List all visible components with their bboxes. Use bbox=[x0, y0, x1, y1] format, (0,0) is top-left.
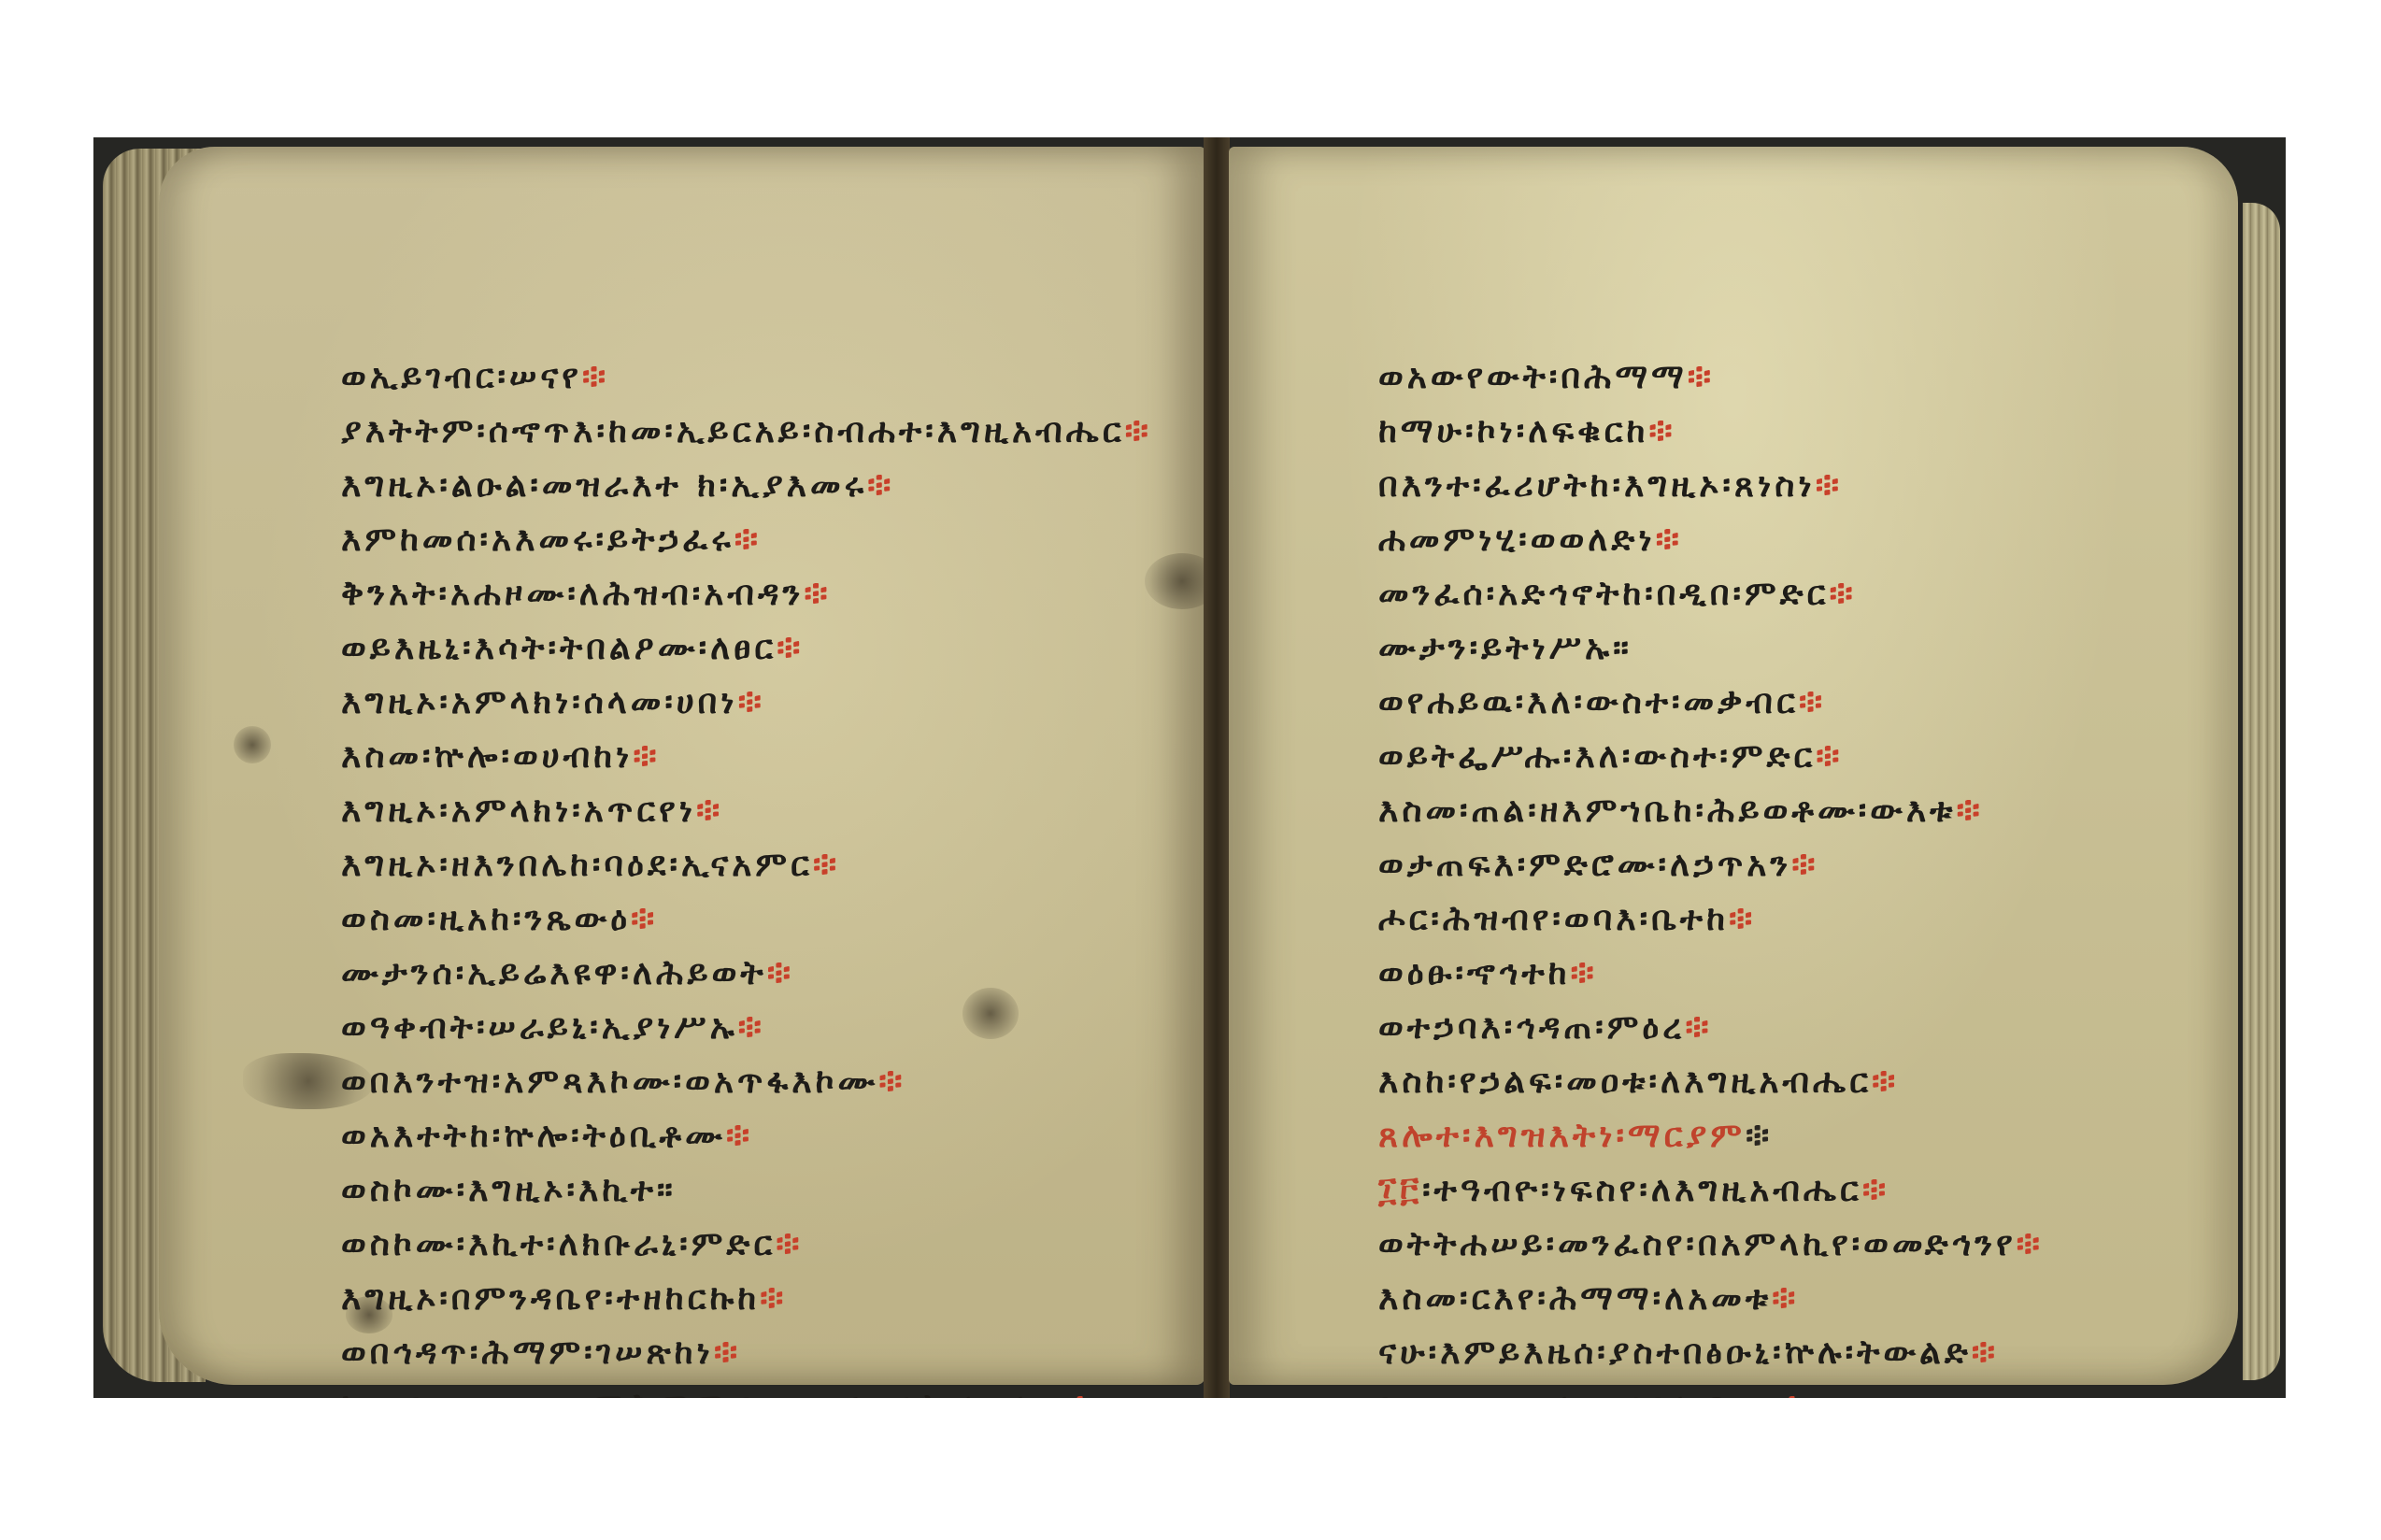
section-mark: ፨ bbox=[631, 900, 658, 938]
text-line: ወትትሐሠይ፡መንፈስየ፡በአምላኪየ፡ወመድኅንየ፨ bbox=[1378, 1218, 2044, 1272]
text-block-edge-right bbox=[2243, 203, 2280, 1380]
section-mark: ፨ bbox=[1816, 466, 1843, 505]
text-line: ወስኮሙ፡እኪተ፡ለክቡራኒ፡ምድር፨ bbox=[341, 1218, 1152, 1272]
section-mark: ፨ bbox=[1872, 1062, 1899, 1101]
text-line: እስመ፡ኵሎ፡ወሀብከነ፨ bbox=[341, 730, 1152, 784]
section-mark: ፨ bbox=[1685, 1008, 1712, 1047]
section-mark: ፨ bbox=[1956, 791, 1983, 830]
section-mark: ፨ bbox=[867, 466, 894, 505]
text-line: እስመ፡ገብረ፡ሊተ፡ኃይለ፡ዓቢየ፨ bbox=[1378, 1380, 2044, 1398]
left-page-text: ወኢይገብር፡ሠናየ፨ ያእትትም፡ሰኆጥእ፡ከመ፡ኢይርአይ፡ስብሐተ፡እግዚ… bbox=[341, 350, 1152, 1398]
text-line: ወስኮሙ፡እግዚኦ፡እኪተ። bbox=[341, 1163, 1152, 1218]
section-mark: ፨ bbox=[738, 683, 765, 721]
rubric-heading: ጸሎተ፡እግዝእትነ፡ማርያም፨ bbox=[1378, 1109, 2044, 1163]
text-line: እግዚኦ፡አምላክነ፡ሰላመ፡ሀበነ፨ bbox=[341, 676, 1152, 730]
text-line: ሙታን፡ይትነሥኡ። bbox=[1378, 621, 2044, 676]
text-line: እስመ፡ጠል፡ዘእምኀቤከ፡ሕይወቶሙ፡ውእቱ፨ bbox=[1378, 784, 2044, 838]
text-line: እግዚኦ፡ዘእንበሌከ፡ባዕደ፡ኢናአምር፨ bbox=[341, 838, 1152, 892]
section-mark: ፨ bbox=[726, 1117, 753, 1155]
text-line: ናሁ፡እምይእዜሰ፡ያስተበፅዑኒ፡ኵሉ፡ትውልድ፨ bbox=[1378, 1326, 2044, 1380]
text-line: ቅንአት፡አሐዞሙ፡ለሕዝብ፡አብዳን፨ bbox=[341, 567, 1152, 621]
section-mark: ፨ bbox=[1780, 1388, 1807, 1398]
section-mark: ፨ bbox=[767, 954, 794, 992]
text-line: ወዓቀብት፡ሠራይኒ፡ኢያነሥኡ፨ bbox=[341, 1001, 1152, 1055]
section-mark: ፨ bbox=[1656, 520, 1683, 559]
text-line: ወአእተትከ፡ኵሎ፡ትዕቢቶሙ፨ bbox=[341, 1109, 1152, 1163]
section-mark: ፨ bbox=[1688, 358, 1715, 396]
section-mark: ፨ bbox=[1799, 683, 1826, 721]
text-line: በእንተ፡ፈሪሆትከ፡እግዚኦ፡ጸነስነ፨ bbox=[1378, 459, 2044, 513]
text-line: እምከመሰ፡አእመሩ፡ይትኃፈሩ፨ bbox=[341, 513, 1152, 567]
text-line: እግዚኦ፡ልዑል፡መዝራእተ ክ፡ኢያእመሩ፨ bbox=[341, 459, 1152, 513]
section-mark: ፨ bbox=[878, 1062, 905, 1101]
text-line: ወተኃባእ፡ኅዳጠ፡ምዕረ፨ bbox=[1378, 1001, 2044, 1055]
left-page: ወኢይገብር፡ሠናየ፨ ያእትትም፡ሰኆጥእ፡ከመ፡ኢይርአይ፡ስብሐተ፡እግዚ… bbox=[159, 147, 1205, 1385]
manuscript-photo: ወኢይገብር፡ሠናየ፨ ያእትትም፡ሰኆጥእ፡ከመ፡ኢይርአይ፡ስብሐተ፡እግዚ… bbox=[93, 137, 2286, 1398]
text-line: እስመ፡ርእየ፡ሕማማ፡ለአመቱ፨ bbox=[1378, 1272, 2044, 1326]
right-page: 154 ወአውየውት፡በሕማማ፨ ከማሁ፡ኮነ፡ለፍቁርከ፨ በእንተ፡ፈሪሆት… bbox=[1229, 147, 2238, 1385]
section-mark: ፨ bbox=[1571, 954, 1598, 992]
text-line: ወአውየውት፡በሕማማ፨ bbox=[1378, 350, 2044, 405]
section-mark: ፨ bbox=[1068, 1388, 1095, 1398]
section-mark: ፨ bbox=[1791, 846, 1818, 884]
text-line: ወይትፌሥሑ፡እለ፡ውስተ፡ምድር፨ bbox=[1378, 730, 2044, 784]
section-mark: ፨ bbox=[1862, 1171, 1889, 1209]
text-line: ወበኅዳጥ፡ሕማም፡ገሠጽከነ፨ bbox=[341, 1326, 1152, 1380]
text-line: ወየሐይዉ፡እለ፡ውስተ፡መቃብር፨ bbox=[1378, 676, 2044, 730]
section-mark: ፨ bbox=[804, 575, 831, 613]
text-line: ወታጠፍእ፡ምድሮሙ፡ለኃጥአን፨ bbox=[1378, 838, 2044, 892]
section-mark: ፨ bbox=[1729, 900, 1756, 938]
section-mark: ፨ bbox=[777, 629, 804, 667]
full-stop: ። bbox=[657, 1171, 677, 1209]
section-mark: ፨ bbox=[1648, 412, 1675, 450]
text-line: ፲፫፡ተዓብዮ፡ነፍስየ፡ለእግዚአብሔር፨ bbox=[1378, 1163, 2044, 1218]
section-mark: ፨ bbox=[813, 846, 840, 884]
verse-number: ፲፫ bbox=[1378, 1171, 1422, 1209]
text-line: ከማሁ፡ኮነ፡ለፍቁርከ፨ bbox=[1378, 405, 2044, 459]
text-line: ያእትትም፡ሰኆጥእ፡ከመ፡ኢይርአይ፡ስብሐተ፡እግዚአብሔር፨ bbox=[341, 405, 1152, 459]
section-mark: ፨ bbox=[1972, 1333, 1999, 1372]
text-line: ከመ፡እንተ፡ውስተ፡ማሕምም፡እንተ፡አልጸቀት፡ለወሊድ፨ bbox=[341, 1380, 1152, 1398]
text-line: እስከ፡የኃልፍ፡መዐቱ፡ለእግዚአብሔር፨ bbox=[1378, 1055, 2044, 1109]
section-mark: ፨ bbox=[734, 520, 762, 559]
section-mark: ፨ bbox=[1829, 575, 1856, 613]
section-mark: ፨ bbox=[2017, 1225, 2044, 1263]
text-line: እግዚኦ፡በምንዳቤየ፡ተዘከርኩከ፨ bbox=[341, 1272, 1152, 1326]
text-line: ወዕፁ፡ኆኅተከ፨ bbox=[1378, 947, 2044, 1001]
right-page-text: ወአውየውት፡በሕማማ፨ ከማሁ፡ኮነ፡ለፍቁርከ፨ በእንተ፡ፈሪሆትከ፡እግ… bbox=[1378, 350, 2044, 1398]
text-line: ወስመ፡ዚአከ፡ንጼውዕ፨ bbox=[341, 892, 1152, 947]
text-line: ወይእዜኒ፡እሳት፡ትበልዖሙ፡ለፀር፨ bbox=[341, 621, 1152, 676]
text-line: ሐመምነሂ፡ወወለድነ፨ bbox=[1378, 513, 2044, 567]
text-line: ሖር፡ሕዝብየ፡ወባእ፡ቤተከ፨ bbox=[1378, 892, 2044, 947]
text-line: እግዚኦ፡አምላክነ፡አጥርየነ፨ bbox=[341, 784, 1152, 838]
section-mark: ፨ bbox=[582, 358, 609, 396]
book-gutter bbox=[1204, 137, 1230, 1398]
section-mark: ፨ bbox=[1125, 412, 1152, 450]
section-mark: ፨ bbox=[696, 791, 723, 830]
stain bbox=[234, 726, 271, 763]
text-line: ወበእንተዝ፡አምጻእኮሙ፡ወአጥፋእኮሙ፨ bbox=[341, 1055, 1152, 1109]
section-mark: ፨ bbox=[714, 1333, 741, 1372]
text-line: ወኢይገብር፡ሠናየ፨ bbox=[341, 350, 1152, 405]
text-line: ሙታንሰ፡ኢይሬእዩዋ፡ለሕይወት፨ bbox=[341, 947, 1152, 1001]
section-mark: ፨ bbox=[633, 737, 660, 776]
section-mark: ፨ bbox=[776, 1225, 803, 1263]
section-mark: ፨ bbox=[738, 1008, 765, 1047]
section-mark: ፨ bbox=[1816, 737, 1843, 776]
section-mark: ፨ bbox=[1772, 1279, 1799, 1318]
section-mark: ፨ bbox=[760, 1279, 787, 1318]
text-line: መንፈሰ፡አድኅኖትከ፡በዲበ፡ምድር፨ bbox=[1378, 567, 2044, 621]
section-mark: ፨ bbox=[1746, 1117, 1773, 1155]
full-stop: ። bbox=[1613, 629, 1632, 667]
